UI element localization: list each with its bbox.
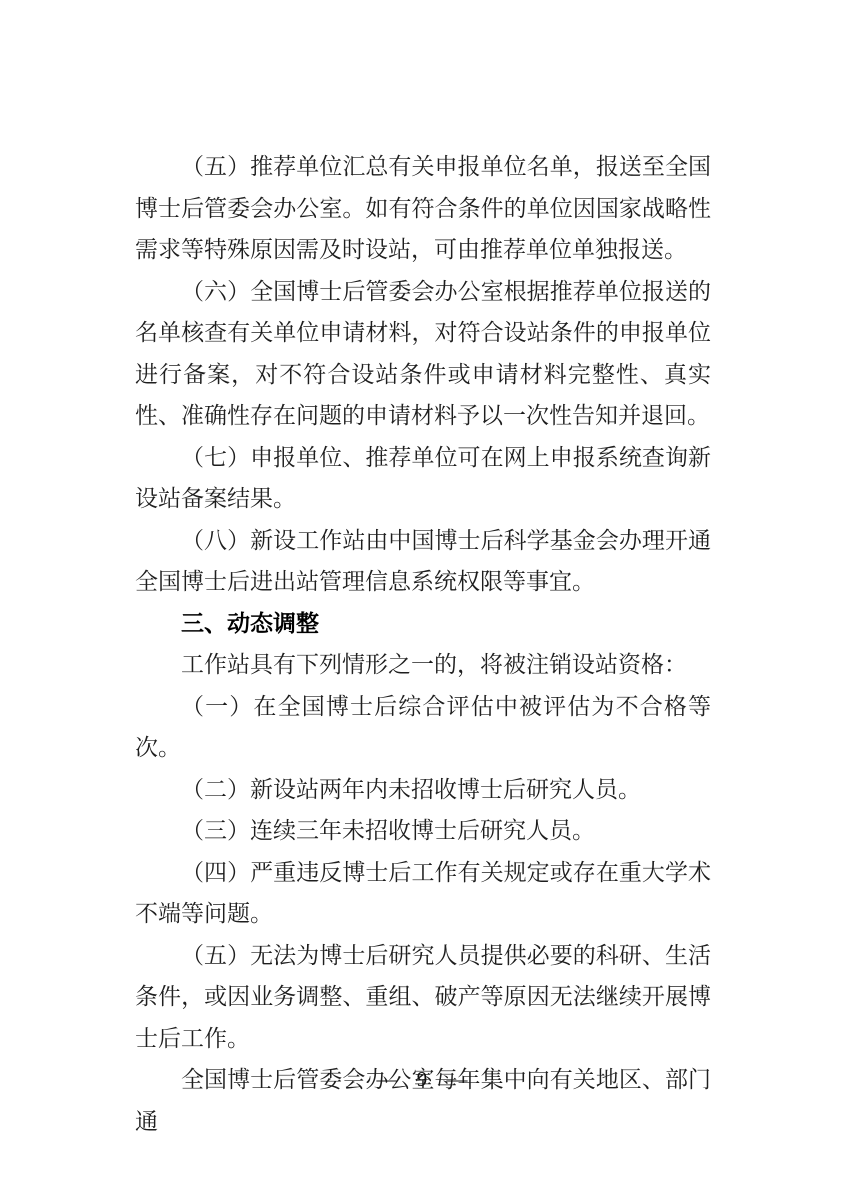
document-page: （五）推荐单位汇总有关申报单位名单，报送至全国博士后管委会办公室。如有符合条件的… — [0, 0, 844, 1193]
section-heading-dynamic-adjustment: 三、动态调整 — [135, 603, 711, 645]
paragraph-item-7-query: （七）申报单位、推荐单位可在网上申报系统查询新设站备案结果。 — [135, 437, 711, 520]
paragraph-condition-1: （一）在全国博士后综合评估中被评估为不合格等次。 — [135, 686, 711, 769]
paragraph-item-5-application: （五）推荐单位汇总有关申报单位名单，报送至全国博士后管委会办公室。如有符合条件的… — [135, 146, 711, 271]
page-number: — 9 — — [0, 1064, 844, 1094]
paragraph-condition-2: （二）新设站两年内未招收博士后研究人员。 — [135, 769, 711, 811]
paragraph-item-8-system: （八）新设工作站由中国博士后科学基金会办理开通全国博士后进出站管理信息系统权限等… — [135, 520, 711, 603]
document-body: （五）推荐单位汇总有关申报单位名单，报送至全国博士后管委会办公室。如有符合条件的… — [135, 146, 711, 1142]
paragraph-condition-4: （四）严重违反博士后工作有关规定或存在重大学术不端等问题。 — [135, 852, 711, 935]
paragraph-item-6-review: （六）全国博士后管委会办公室根据推荐单位报送的名单核查有关单位申请材料，对符合设… — [135, 271, 711, 437]
paragraph-condition-5: （五）无法为博士后研究人员提供必要的科研、生活条件，或因业务调整、重组、破产等原… — [135, 935, 711, 1060]
paragraph-revoke-intro: 工作站具有下列情形之一的，将被注销设站资格： — [135, 644, 711, 686]
paragraph-condition-3: （三）连续三年未招收博士后研究人员。 — [135, 810, 711, 852]
